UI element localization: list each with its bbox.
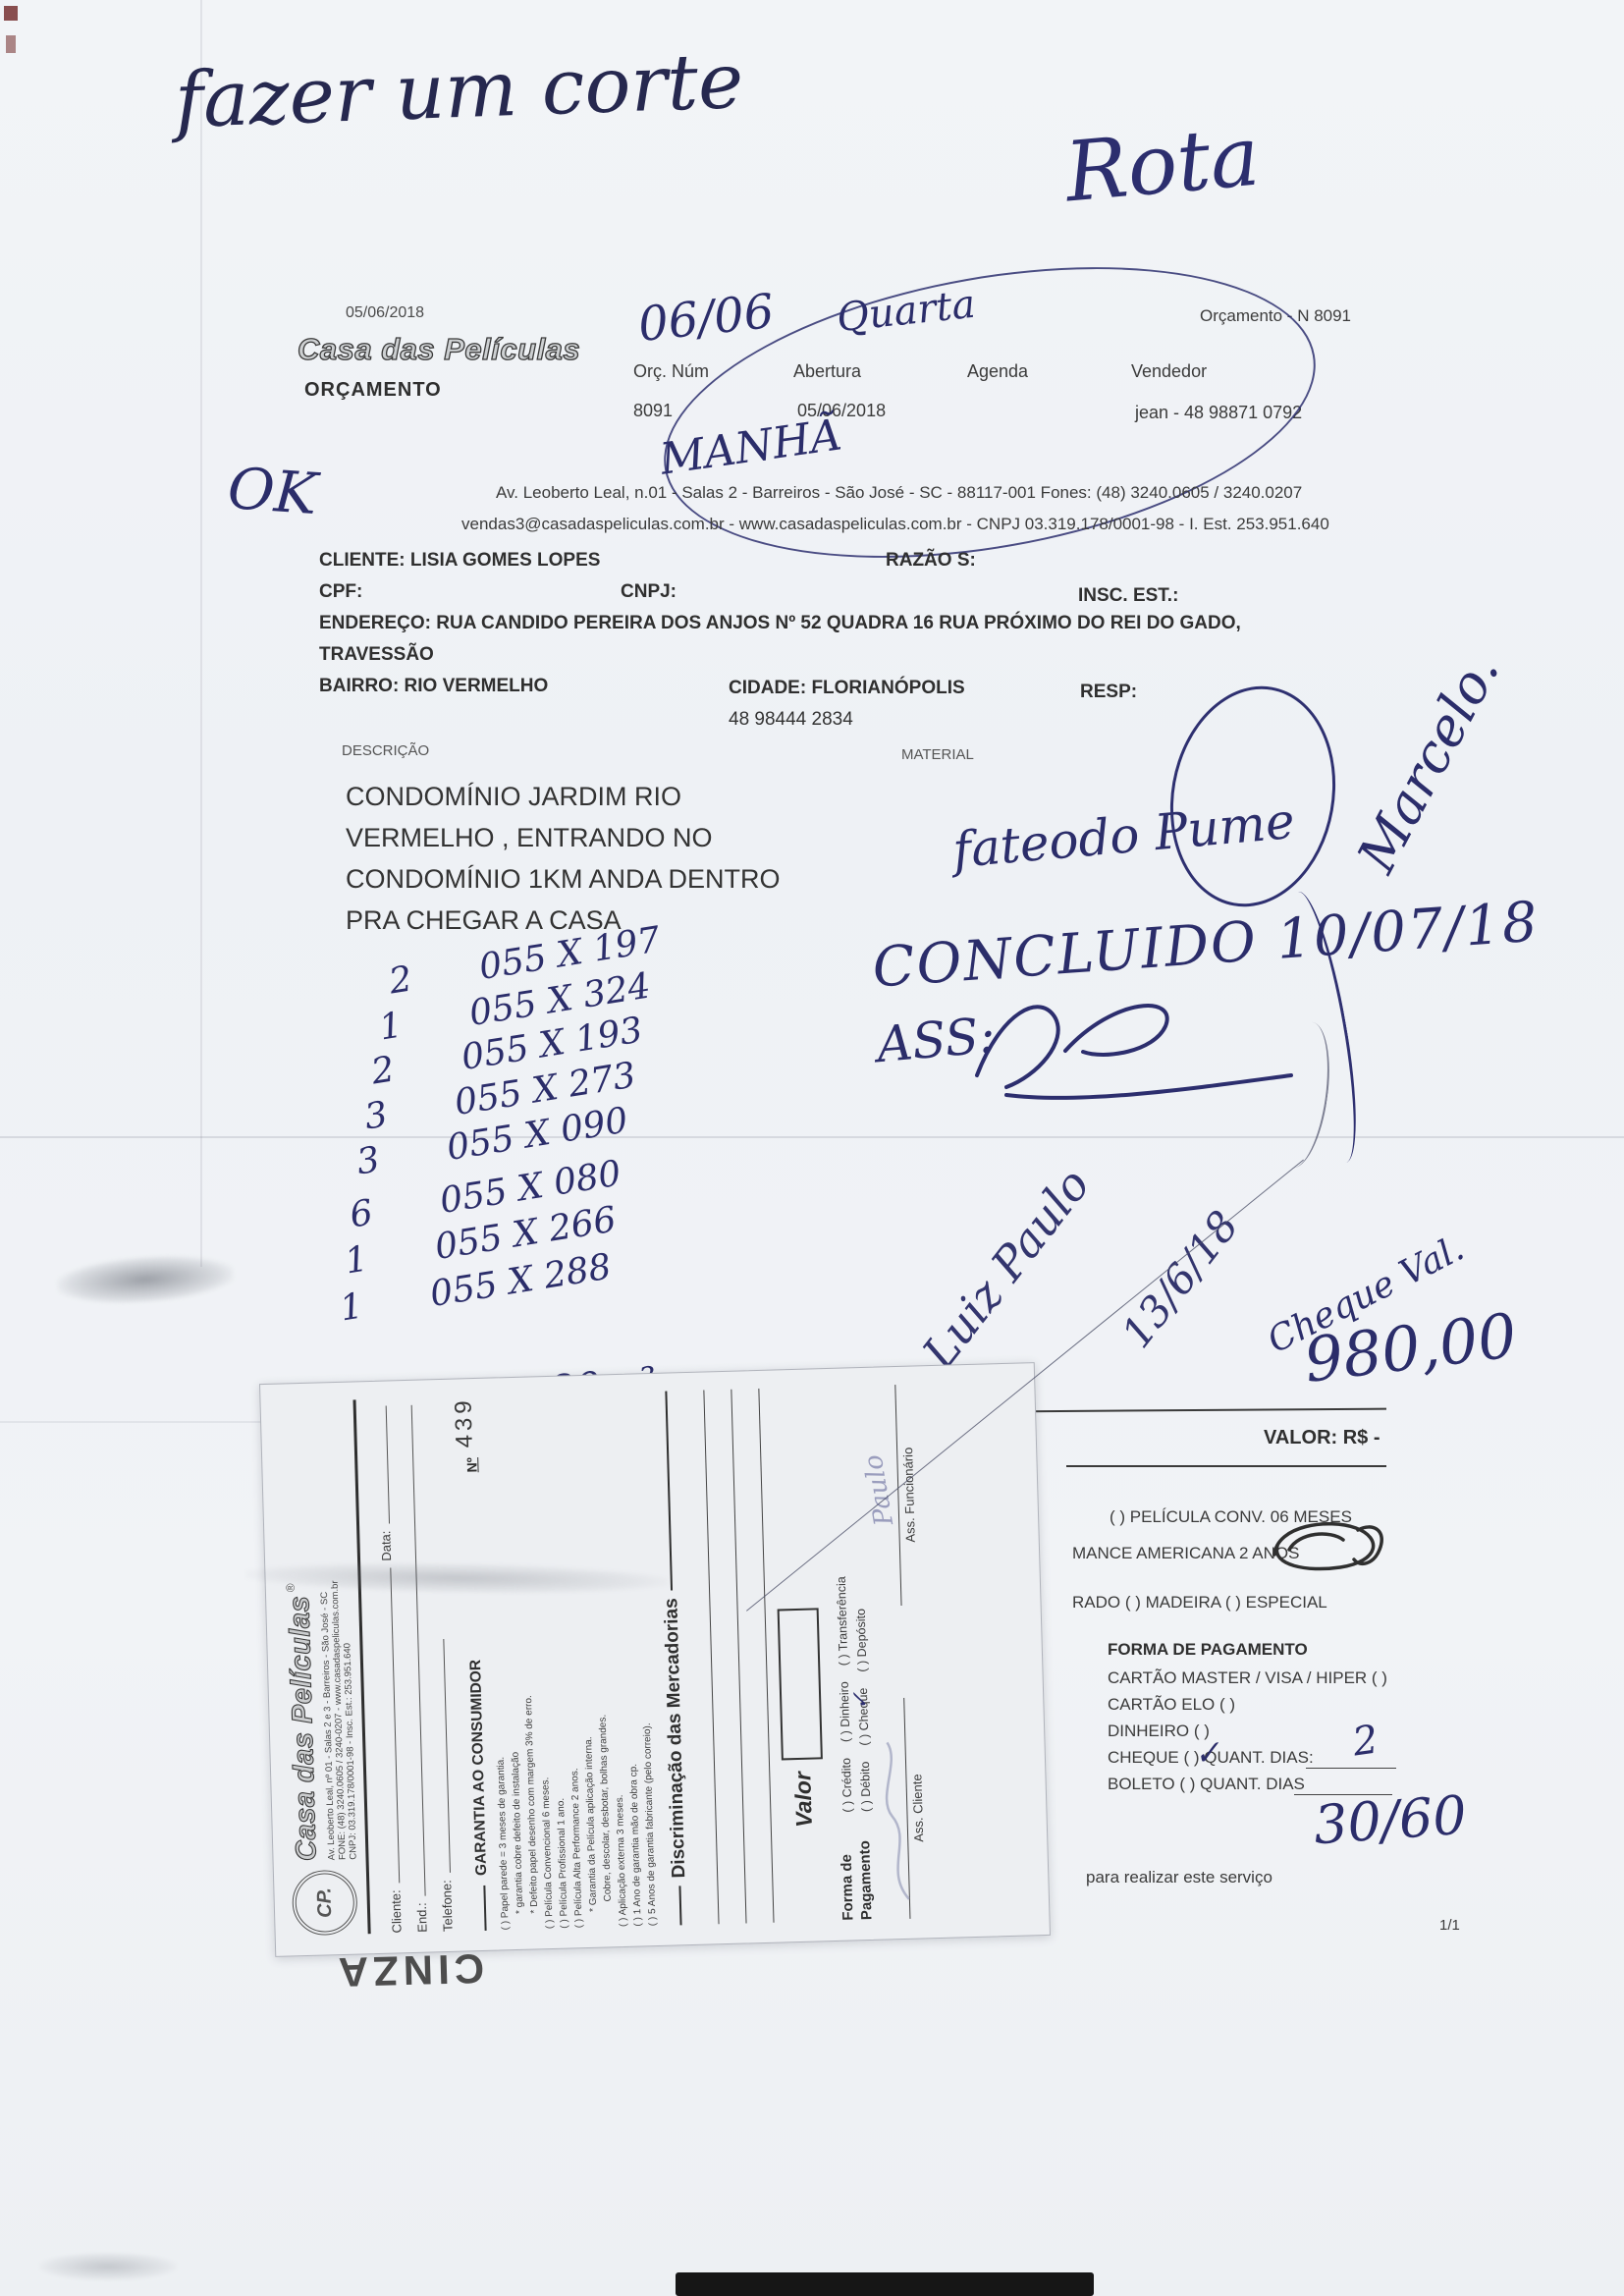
doc-type-label: ORÇAMENTO (304, 379, 442, 402)
scan-date: 05/06/2018 (346, 304, 424, 322)
company-address-line2: vendas3@casadaspeliculas.com.br - www.ca… (461, 515, 1329, 534)
description-line: CONDOMÍNIO 1KM ANDA DENTRO (346, 864, 781, 895)
orc-num-label: Orç. Núm (633, 361, 709, 382)
numero-label: Nº (463, 1457, 479, 1473)
client-name: CLIENTE: LISIA GOMES LOPES (319, 550, 600, 572)
qty: 3 (362, 1094, 391, 1137)
insc-est-label: INSC. EST.: (1078, 585, 1178, 607)
stub-valor-label: Valor (789, 1772, 818, 1828)
client-address: ENDEREÇO: RUA CANDIDO PEREIRA DOS ANJOS … (319, 613, 1241, 634)
company-logo: Casa das Películas (298, 332, 580, 367)
resp-label: RESP: (1080, 682, 1137, 703)
quant-dias-line (1306, 1768, 1396, 1769)
prazo-30-60: 30/60 (1312, 1784, 1469, 1857)
pay-cartao-master: CARTÃO MASTER / VISA / HIPER ( ) (1108, 1668, 1387, 1688)
handwritten-date: 06/06 (635, 284, 776, 353)
signature-squiggle (947, 957, 1311, 1124)
valor-line2 (1066, 1465, 1386, 1467)
numero-value: 439 (450, 1396, 478, 1449)
hand-drawn-ellipse (641, 222, 1338, 603)
hand-drawn-circle (1154, 673, 1353, 919)
handwritten-note-rota: Rota (1061, 108, 1263, 221)
fold-line-horizontal (0, 1136, 1624, 1138)
ass-funcionario-label: Ass. Funcionário (900, 1448, 918, 1543)
cidade: CIDADE: FLORIANÓPOLIS (729, 678, 965, 699)
qty: 1 (377, 1005, 406, 1048)
qty: 1 (343, 1238, 371, 1282)
valor-box (778, 1609, 823, 1761)
stub-cheque-checkmark: ✓ (848, 1691, 874, 1710)
fold-line-left (0, 1421, 295, 1423)
descricao-label: DESCRIÇÃO (342, 742, 429, 759)
stub-data-label: Data: (378, 1530, 394, 1560)
handwritten-ok: OK (226, 455, 319, 527)
stub-logo-name: Casa das Películas (284, 1595, 324, 1861)
qty: 2 (387, 958, 415, 1002)
client-address2: TRAVESSÃO (319, 644, 434, 666)
pay-boleto: BOLETO ( ) QUANT. DIAS (1108, 1775, 1305, 1794)
qty: 2 (369, 1049, 398, 1092)
warranty-receipt-stub: CP. Casa das Películas ® Av. Leoberto Le… (259, 1362, 1051, 1957)
stub-forma-label2: Pagamento (854, 1812, 876, 1920)
cinza-label: CINZA (333, 1944, 485, 1995)
company-address-line1: Av. Leoberto Leal, n.01 - Salas 2 - Barr… (496, 483, 1302, 503)
ink-scribble (1260, 1510, 1397, 1581)
signature-date: 13/6/18 (1112, 1202, 1248, 1357)
quant-dias-value: 2 (1350, 1717, 1381, 1765)
scan-edge-bar (676, 2272, 1094, 2296)
opt-deposito: ( ) Depósito (854, 1609, 870, 1672)
receipt-content-rotated: CP. Casa das Películas ® Av. Leoberto Le… (264, 1363, 1051, 1954)
qty: 1 (338, 1285, 366, 1329)
handwritten-note-fazer-um-corte: fazer um corte (174, 37, 745, 145)
scan-corner-mark (6, 35, 16, 53)
opt-debito: ( ) Débito (858, 1761, 873, 1812)
description-line: CONDOMÍNIO JARDIM RIO (346, 782, 681, 812)
orc-num-value: 8091 (633, 401, 673, 421)
page-number: 1/1 (1439, 1917, 1460, 1934)
ink-smudge (56, 1251, 236, 1308)
razao-label: RAZÃO S: (886, 550, 976, 572)
valor-label: VALOR: R$ - (1264, 1427, 1380, 1449)
stub-cliente-label: Cliente: (388, 1889, 404, 1933)
bottom-left-smudge (39, 2253, 177, 2280)
payment-row2: ( ) Débito ( ) Cheque ( ) Depósito ✓ (853, 1576, 874, 1813)
cp-logo: CP. (292, 1870, 358, 1937)
opt-transferencia: ( ) Transferência (835, 1576, 851, 1666)
option-madeira-especial: RADO ( ) MADEIRA ( ) ESPECIAL (1072, 1593, 1327, 1613)
pay-cartao-elo: CARTÃO ELO ( ) (1108, 1695, 1235, 1715)
opt-credito: ( ) Crédito (839, 1758, 855, 1813)
stub-end-label: End.: (414, 1902, 430, 1933)
opt-dinheiro: ( ) Dinheiro (838, 1681, 853, 1742)
cp-logo-text: CP. (313, 1887, 337, 1918)
cheque-checkmark: ✓ (1191, 1732, 1222, 1773)
qty: 6 (348, 1192, 376, 1235)
service-note: para realizar este serviço (1086, 1868, 1272, 1887)
cpf-label: CPF: (319, 581, 362, 603)
ass-funcionario-line: Ass. Funcionário (894, 1385, 919, 1606)
description-line: VERMELHO , ENTRANDO NO (346, 823, 713, 853)
bairro: BAIRRO: RIO VERMELHO (319, 676, 548, 697)
forma-pagamento-title: FORMA DE PAGAMENTO (1108, 1640, 1308, 1660)
cnpj-label: CNPJ: (621, 581, 677, 603)
fold-line-vertical (200, 0, 202, 1267)
client-signature-squiggle (875, 1732, 919, 1910)
scan-corner-mark (4, 6, 18, 21)
qty: 3 (354, 1139, 383, 1182)
scanned-order-document: fazer um corte Rota 05/06/2018 Casa das … (0, 0, 1624, 2296)
stub-telefone-label: Telefone: (439, 1880, 455, 1932)
handwritten-marcelo: Marcelo. (1345, 643, 1511, 882)
material-label: MATERIAL (901, 746, 974, 763)
garantia-title: GARANTIA AO CONSUMIDOR (467, 1660, 491, 1877)
client-phone: 48 98444 2834 (729, 709, 853, 731)
